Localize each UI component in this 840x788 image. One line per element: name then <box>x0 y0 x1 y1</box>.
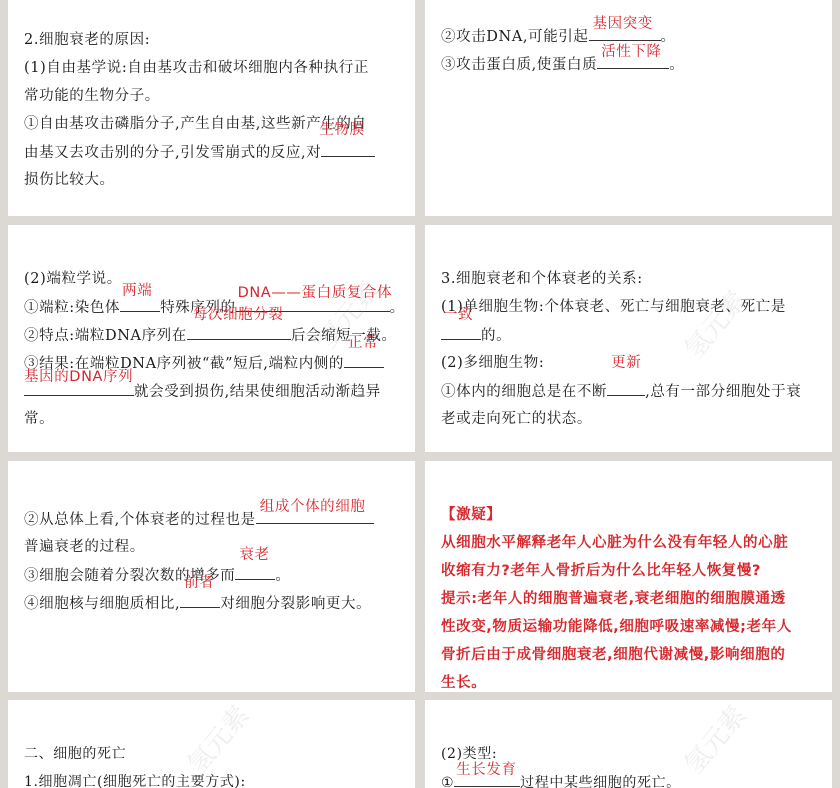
aging-item-4: ④细胞核与细胞质相比,前者对细胞分裂影响更大。 <box>24 589 405 617</box>
line-end: 。 <box>661 29 676 45</box>
attack-protein-line: ③攻击蛋白质,使蛋白质活性下降。 <box>441 50 822 78</box>
free-radical-line-4: 由基又去攻击别的分子,引发雪崩式的反应,对生物膜 <box>24 138 405 166</box>
answer-blank: 每次细胞分裂 <box>187 321 291 340</box>
answer-text-part-a: 正常 <box>348 335 378 351</box>
answer-text: 活性下降 <box>601 44 661 60</box>
hint-line-2: 性改变,物质运输功能降低,细胞呼吸速率减慢;老年人 <box>441 613 822 641</box>
line-text: ①端粒:染色体 <box>24 300 120 316</box>
line-text: 就会受到损伤,结果使细胞活动渐趋异 <box>134 384 381 400</box>
relation-text: 3.细胞衰老和个体衰老的关系: (1)单细胞生物:个体衰老、死亡与细胞衰老、死亡… <box>441 265 822 433</box>
relation-line-4: ①体内的细胞总是在不断更新,总有一部分细胞处于衰 <box>441 377 822 405</box>
answer-text: 一致 <box>443 307 473 323</box>
answer-text: 生物膜 <box>319 122 364 138</box>
relation-line-2: 一致的。 <box>441 321 822 349</box>
answer-text: 衰老 <box>239 547 269 563</box>
apoptosis-line: 1.细胞凋亡(细胞死亡的主要方式): <box>24 768 405 788</box>
answer-text: 前者 <box>184 575 214 591</box>
answer-blank: 正常 <box>344 349 384 368</box>
panel-cell-individual-aging: 3.细胞衰老和个体衰老的关系: (1)单细胞生物:个体衰老、死亡与细胞衰老、死亡… <box>425 225 832 452</box>
relation-line-5: 老或走向死亡的状态。 <box>441 405 822 433</box>
panel-cell-death: 二、细胞的死亡 1.细胞凋亡(细胞死亡的主要方式): 氢元素 <box>8 700 415 788</box>
line-end: 后会缩短一截。 <box>291 328 397 344</box>
heading: 2.细胞衰老的原因: <box>24 26 405 54</box>
telomere-item-3-end: 常。 <box>24 405 405 433</box>
line-text: ②攻击DNA,可能引起 <box>441 29 589 45</box>
aging-item-3: ③细胞会随着分裂次数的增多而衰老。 <box>24 561 405 589</box>
free-radical-line-1: (1)自由基学说:自由基攻击和破坏细胞内各种执行正 <box>24 54 405 82</box>
answer-blank: 衰老 <box>235 561 275 580</box>
free-radical-line-5: 损伤比较大。 <box>24 166 405 194</box>
answer-text: 两端 <box>122 283 152 299</box>
heading: 3.细胞衰老和个体衰老的关系: <box>441 265 822 293</box>
answer-text: 每次细胞分裂 <box>193 307 284 323</box>
answer-blank: 生物膜 <box>321 138 375 157</box>
answer-blank: 活性下降 <box>597 50 669 69</box>
inquiry-text: 【激疑】 从细胞水平解释老年人心脏为什么没有年轻人的心脏 收缩有力?老年人骨折后… <box>441 501 822 692</box>
question-line-2: 收缩有力?老年人骨折后为什么比年轻人恢复慢? <box>441 557 822 585</box>
line-end: ,总有一部分细胞处于衰 <box>645 384 801 400</box>
panel-individual-aging: ②从总体上看,个体衰老的过程也是组成个体的细胞 普遍衰老的过程。 ③细胞会随着分… <box>8 461 415 692</box>
line-text: ②特点:端粒DNA序列在 <box>24 328 187 344</box>
hint-line-4: 生长。 <box>441 669 822 692</box>
telomere-text: (2)端粒学说。 ①端粒:染色体两端特殊序列的DNA——蛋白质复合体。 ②特点:… <box>24 265 405 433</box>
line-text: ②从总体上看,个体衰老的过程也是 <box>24 512 256 528</box>
line-end: 。 <box>669 57 684 73</box>
answer-blank: 更新 <box>607 377 645 396</box>
answer-blank: 前者 <box>180 589 220 608</box>
question-line-1: 从细胞水平解释老年人心脏为什么没有年轻人的心脏 <box>441 529 822 557</box>
answer-blank <box>24 377 134 396</box>
line-text: ④细胞核与细胞质相比, <box>24 596 180 612</box>
answer-text: DNA——蛋白质复合体 <box>238 285 393 301</box>
answer-blank: 组成个体的细胞 <box>256 505 374 524</box>
individual-aging-text: ②从总体上看,个体衰老的过程也是组成个体的细胞 普遍衰老的过程。 ③细胞会随着分… <box>24 505 405 617</box>
line-end: 过程中某些细胞的死亡。 <box>520 775 681 788</box>
line-end: 。 <box>390 300 405 316</box>
panel-aging-causes: 2.细胞衰老的原因: (1)自由基学说:自由基攻击和破坏细胞内各种执行正 常功能… <box>8 0 415 216</box>
answer-text: 生长发育 <box>456 762 516 778</box>
inquiry-title: 【激疑】 <box>441 501 822 529</box>
hint-line-3: 骨折后由于成骨细胞衰老,细胞代谢减慢,影响细胞的 <box>441 641 822 669</box>
line-end: 对细胞分裂影响更大。 <box>220 596 371 612</box>
panel-death-types: (2)类型: ①生长发育过程中某些细胞的死亡。 氢元素 <box>425 700 832 788</box>
aging-causes-text: 2.细胞衰老的原因: (1)自由基学说:自由基攻击和破坏细胞内各种执行正 常功能… <box>24 26 405 194</box>
panel-inquiry: 【激疑】 从细胞水平解释老年人心脏为什么没有年轻人的心脏 收缩有力?老年人骨折后… <box>425 461 832 692</box>
panel-attack-effects: ②攻击DNA,可能引起基因突变。 ③攻击蛋白质,使蛋白质活性下降。 <box>425 0 832 216</box>
answer-blank: 基因突变 <box>589 22 661 41</box>
answer-text: 基因突变 <box>593 16 653 32</box>
line-4-text: 由基又去攻击别的分子,引发雪崩式的反应,对 <box>24 145 321 161</box>
answer-blank: 一致 <box>441 321 481 340</box>
panel-telomere-theory: (2)端粒学说。 ①端粒:染色体两端特殊序列的DNA——蛋白质复合体。 ②特点:… <box>8 225 415 452</box>
answer-text: 更新 <box>611 355 641 371</box>
relation-line-1: (1)单细胞生物:个体衰老、死亡与细胞衰老、死亡是 <box>441 293 822 321</box>
death-types-text: (2)类型: ①生长发育过程中某些细胞的死亡。 <box>441 740 822 788</box>
heading: 二、细胞的死亡 <box>24 740 405 768</box>
answer-text: 组成个体的细胞 <box>260 499 366 515</box>
line-text: ③攻击蛋白质,使蛋白质 <box>441 57 597 73</box>
telomere-item-3: ③结果:在端粒DNA序列被“截”短后,端粒内侧的正常 基因的DNA序列 <box>24 349 405 377</box>
aging-item-2: ②从总体上看,个体衰老的过程也是组成个体的细胞 <box>24 505 405 533</box>
answer-blank: 生长发育 <box>454 768 520 787</box>
aging-item-2-cont: 普遍衰老的过程。 <box>24 533 405 561</box>
line-end: 。 <box>275 568 290 584</box>
type-item-1: ①生长发育过程中某些细胞的死亡。 <box>441 768 822 788</box>
telomere-item-3-cont: 就会受到损伤,结果使细胞活动渐趋异 <box>24 377 405 405</box>
line-end: 的。 <box>481 328 511 344</box>
line-text: ①体内的细胞总是在不断 <box>441 384 607 400</box>
free-radical-line-2: 常功能的生物分子。 <box>24 82 405 110</box>
answer-blank: 两端 <box>120 293 160 312</box>
line-text: ① <box>441 775 454 788</box>
cell-death-text: 二、细胞的死亡 1.细胞凋亡(细胞死亡的主要方式): <box>24 740 405 788</box>
attack-effects-text: ②攻击DNA,可能引起基因突变。 ③攻击蛋白质,使蛋白质活性下降。 <box>441 22 822 78</box>
hint-line-1: 提示:老年人的细胞普遍衰老,衰老细胞的细胞膜通透 <box>441 585 822 613</box>
